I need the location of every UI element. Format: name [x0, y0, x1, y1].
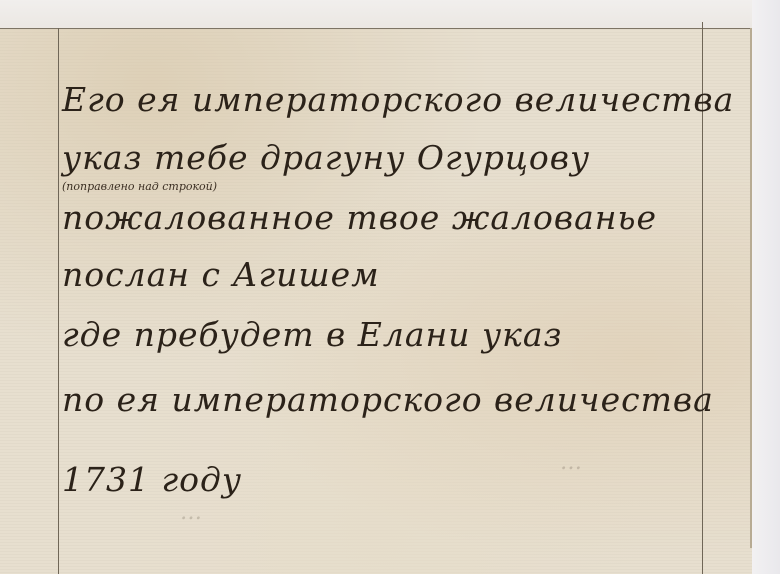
- bleed-through-text: …: [560, 450, 582, 475]
- left-margin-rule: [58, 28, 59, 574]
- text-line-1: Его ея императорского величества: [62, 80, 734, 119]
- scan-background-top: [0, 0, 752, 30]
- interlinear-note: (поправлено над строкой): [62, 180, 217, 193]
- text-line-6: по ея императорского величества: [62, 380, 714, 419]
- text-line-5: где пребудет в Елани указ: [62, 315, 563, 354]
- text-line-3: пожалованное твое жалованье: [62, 198, 657, 237]
- date-line: 1731 году: [62, 460, 242, 499]
- text-line-4: послан с Агишем: [62, 255, 380, 294]
- text-line-2: указ тебе драгуну Огурцову: [62, 138, 590, 177]
- bleed-through-text: …: [180, 500, 202, 525]
- scan-background-right: [752, 0, 780, 574]
- page-edge: [750, 28, 752, 548]
